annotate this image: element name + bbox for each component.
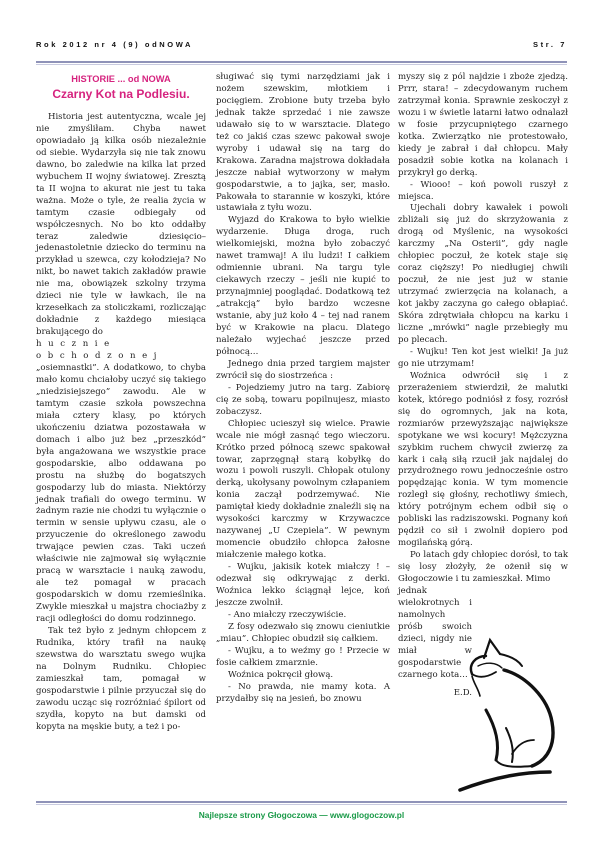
black-cat-line-drawing-icon [456,636,568,794]
dialogue-line: - No prawda, nie mamy kota. A przydałby … [216,682,390,706]
dialogue-line: - Ano miałczy rzeczywiście. [216,610,390,622]
page-header: Rok 2012 nr 4 (9) odNOWA Str. 7 [36,40,567,52]
dialogue-line: - Wujku, a to weźmy go ! Przecie w fosie… [216,646,390,670]
paragraph: Woźnica pokręcił głową. [216,670,390,682]
paragraph: sługiwać się tymi narzędziami jak i noże… [216,72,390,215]
paragraph: Tak też było z jednym chłopcem z Rudnika… [36,626,206,734]
paragraph: Historia jest autentyczna, wcale jej nie… [36,112,206,339]
paragraph: Chłopiec ucieszył się wielce. Prawie wca… [216,419,390,562]
top-divider [36,61,567,65]
paragraph: Ujechali dobry kawałek i powoli zbliżali… [398,203,568,346]
dialogue-line: - Pojedziemy jutro na targ. Zabiorę cię … [216,383,390,419]
dialogue-line: - Wiooo! – koń powoli ruszył z miejsca. [398,180,568,204]
section-kicker: HISTORIE ... od NOWA [36,72,206,86]
page-number: Str. 7 [533,40,567,49]
column-1: HISTORIE ... od NOWA Czarny Kot na Podle… [36,68,206,734]
dialogue-line: - Wujku! Ten kot jest wielki! Ja już go … [398,347,568,371]
column-3: myszy się z pól najdzie i zboże zjedzą. … [398,72,568,700]
article-heading: HISTORIE ... od NOWA Czarny Kot na Podle… [36,72,206,102]
column-2: sługiwać się tymi narzędziami jak i noże… [216,72,390,706]
paragraph: Po latach gdy chłopiec dorósł, to tak si… [398,550,568,586]
paragraph: hucznie obchodzonej [36,339,206,363]
paragraph: „osiemnastki”. A dodatkowo, to chyba mał… [36,363,206,626]
issue-label: Rok 2012 nr 4 (9) odNOWA [36,40,193,49]
paragraph: Jednego dnia przed targiem majster zwróc… [216,359,390,383]
paragraph: Woźnica odwrócił się i z przerażeniem st… [398,371,568,550]
bottom-divider [36,801,567,805]
dialogue-line: - Wujku, jakisik kotek miałczy ! – odezw… [216,562,390,610]
paragraph: Z fosy odezwało się znowu cieniutkie „mi… [216,622,390,646]
paragraph: myszy się z pól najdzie i zboże zjedzą. … [398,72,568,180]
page-footer: Najlepsze strony Głogoczowa — www.glogoc… [0,810,603,820]
paragraph: Wyjazd do Krakowa to było wielkie wydarz… [216,215,390,358]
article-title: Czarny Kot na Podlesiu. [36,86,206,102]
